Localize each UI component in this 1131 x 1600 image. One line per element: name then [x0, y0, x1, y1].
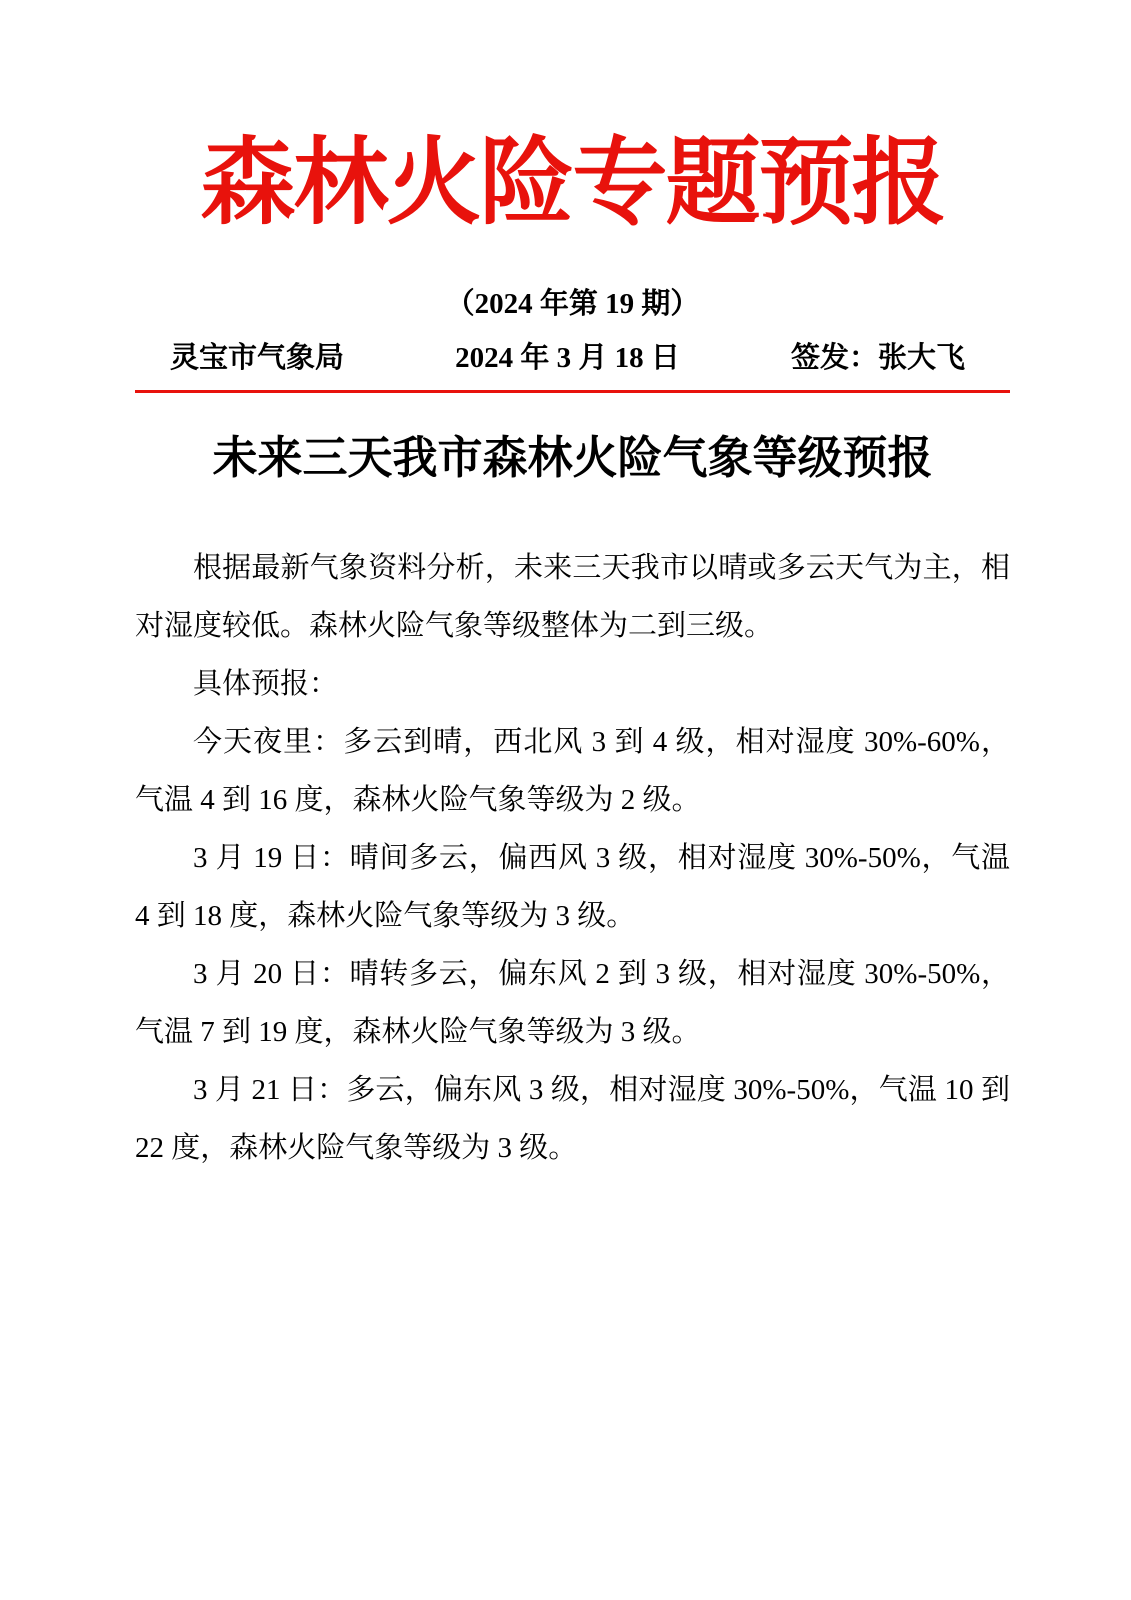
forecast-body: 根据最新气象资料分析，未来三天我市以晴或多云天气为主，相对湿度较低。森林火险气象… [135, 539, 1010, 1177]
masthead-title: 森林火险专题预报 [135, 0, 1010, 254]
signer: 签发：张大飞 [700, 338, 965, 378]
paragraph: 今天夜里：多云到晴，西北风 3 到 4 级，相对湿度 30%-60%，气温 4 … [135, 713, 1010, 829]
issue-date: 2024 年 3 月 18 日 [435, 338, 700, 378]
document-page: 森林火险专题预报 （2024 年第 19 期） 灵宝市气象局 2024 年 3 … [0, 0, 1131, 1600]
paragraph: 根据最新气象资料分析，未来三天我市以晴或多云天气为主，相对湿度较低。森林火险气象… [135, 539, 1010, 655]
issue-number: （2024 年第 19 期） [135, 284, 1010, 324]
paragraph: 3 月 21 日：多云，偏东风 3 级，相对湿度 30%-50%，气温 10 到… [135, 1061, 1010, 1177]
paragraph: 3 月 20 日：晴转多云，偏东风 2 到 3 级，相对湿度 30%-50%，气… [135, 945, 1010, 1061]
forecast-subtitle: 未来三天我市森林火险气象等级预报 [135, 427, 1010, 489]
page-content: 森林火险专题预报 （2024 年第 19 期） 灵宝市气象局 2024 年 3 … [0, 0, 1131, 1177]
masthead-info-row: 灵宝市气象局 2024 年 3 月 18 日 签发：张大飞 [135, 338, 1010, 378]
masthead-divider [135, 390, 1010, 393]
issuing-agency: 灵宝市气象局 [170, 338, 435, 378]
paragraph: 3 月 19 日：晴间多云，偏西风 3 级，相对湿度 30%-50%，气温 4 … [135, 829, 1010, 945]
paragraph: 具体预报： [135, 655, 1010, 713]
